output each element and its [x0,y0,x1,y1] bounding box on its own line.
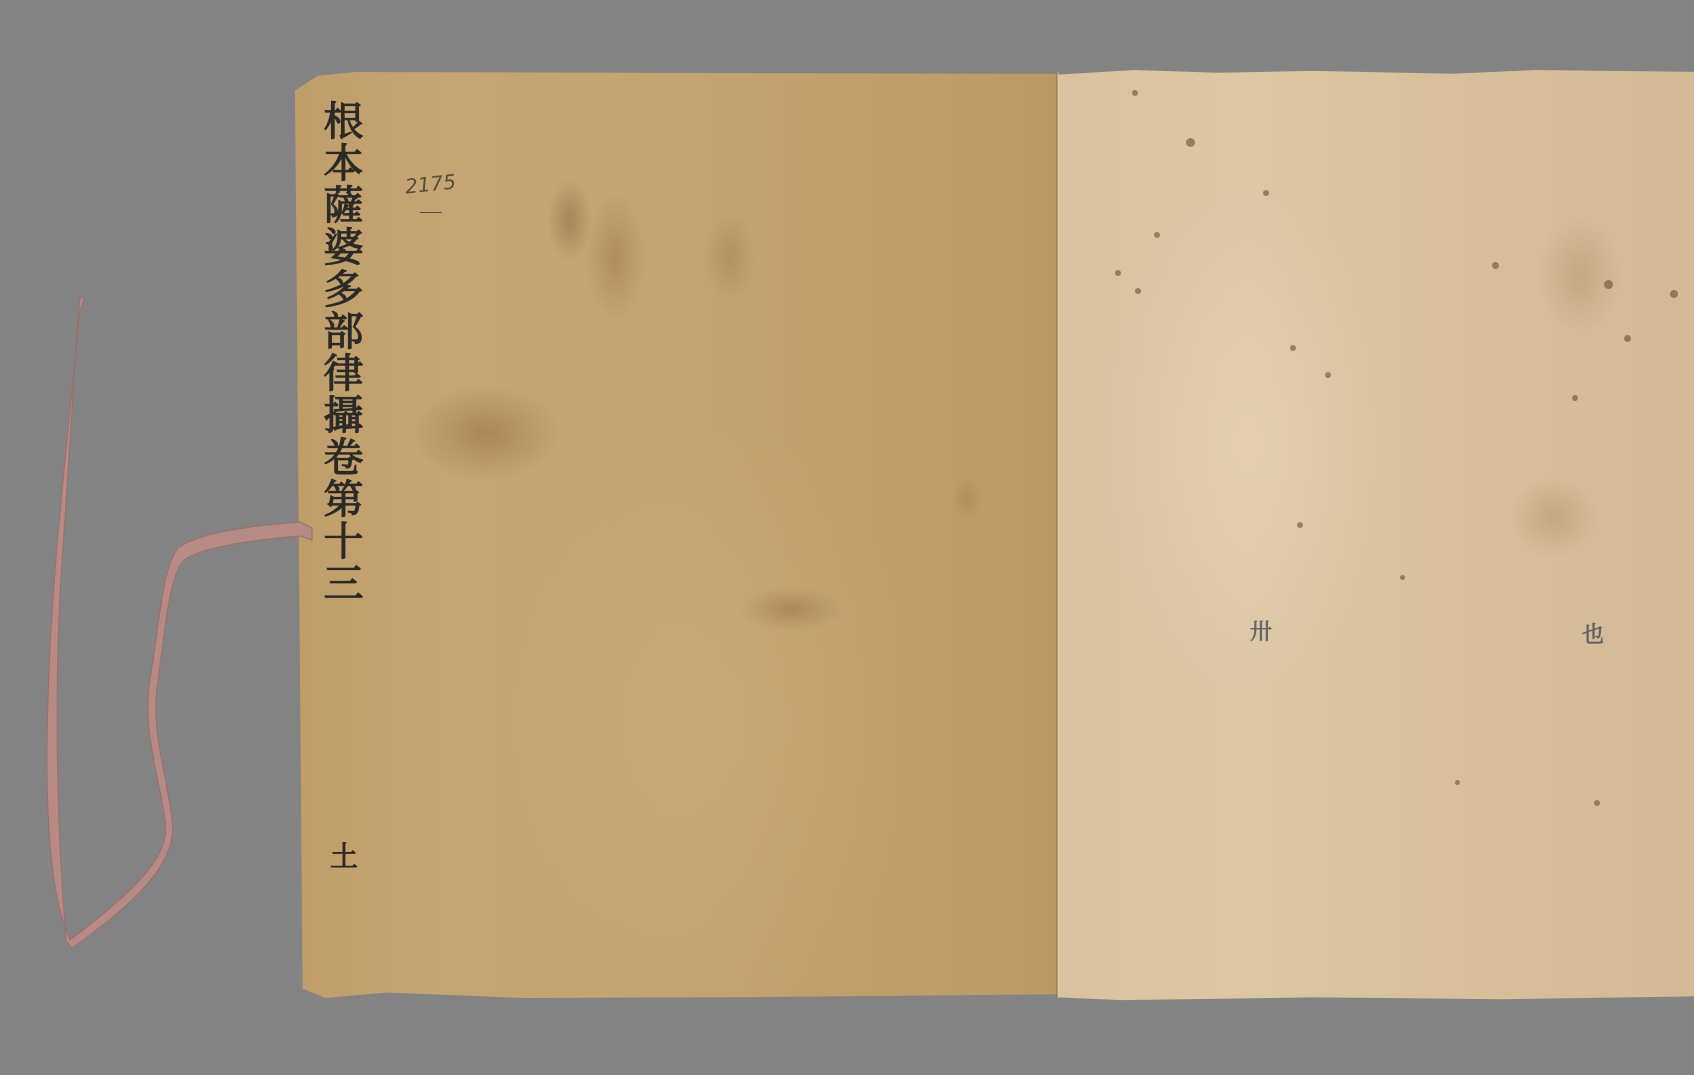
faint-ink-mark: 也 [1582,618,1604,649]
foxing-spot [1115,270,1121,276]
scroll-viewer: 根本薩婆多部律攝卷第十三 2175 卅 十三 土 卅 也 [0,0,1694,1075]
text-sheet [1058,70,1694,1002]
foxing-spot [1624,335,1631,342]
foxing-spot [1670,290,1678,298]
foxing-spot [1400,575,1405,580]
foxing-spot [1132,90,1138,96]
foxing-spot [1263,190,1269,196]
foxing-spot [1290,345,1296,351]
faint-ink-mark: 卅 [1250,615,1272,646]
foxing-spot [1572,395,1578,401]
foxing-spot [1325,372,1331,378]
foxing-spot [1492,262,1499,269]
foxing-spot [1297,522,1303,528]
shelfmark-underline [420,212,442,213]
foxing-spot [1604,280,1613,289]
foxing-spot [1154,232,1160,238]
foxing-spot [1135,288,1141,294]
sheet-seam [1056,72,1059,998]
foxing-spot [1594,800,1600,806]
ribbon-shape [47,298,312,949]
volume-number-mark: 十三 土 [330,835,358,875]
cover-sheet [295,72,1058,998]
volume-glyph: 土 [330,840,358,873]
foxing-spot [1455,780,1460,785]
foxing-spot [1186,138,1195,147]
tie-ribbon [0,0,330,980]
